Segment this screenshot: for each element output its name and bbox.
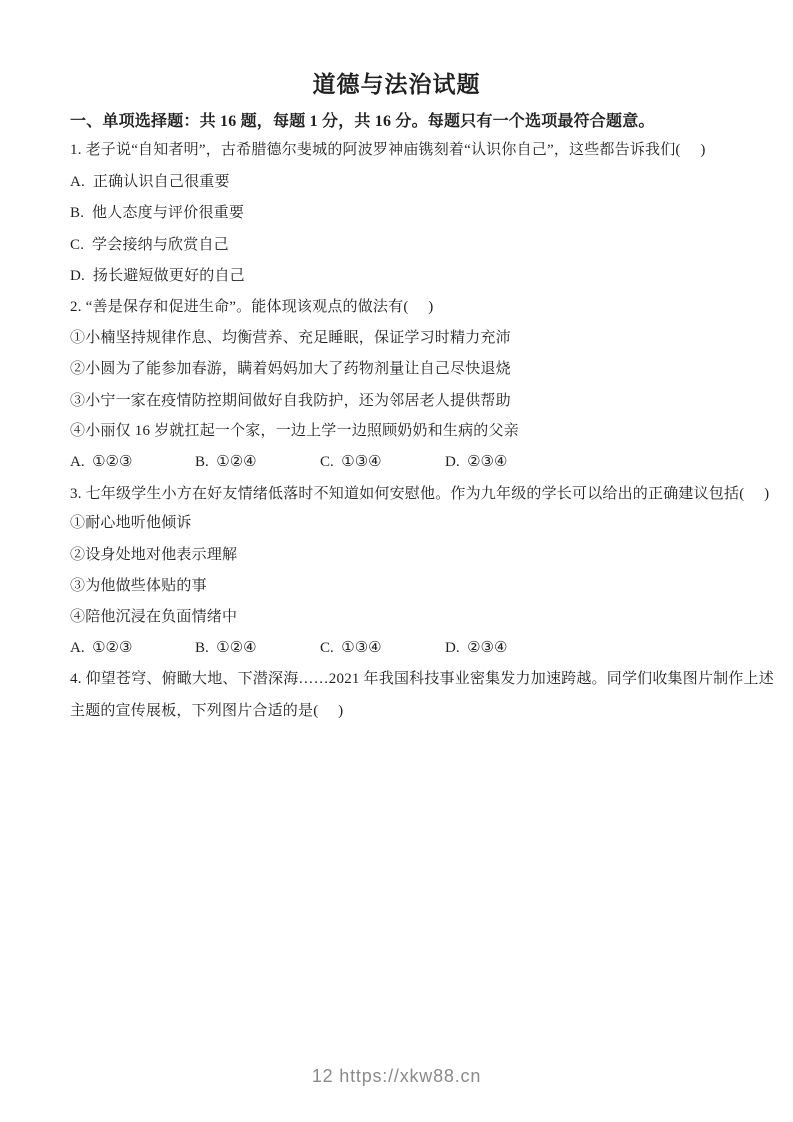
question-4-stem-line-2: 主题的宣传展板，下列图片合适的是( )	[70, 702, 343, 720]
question-2-item-3: ③小宁一家在疫情防控期间做好自我防护，还为邻居老人提供帮助	[70, 392, 511, 410]
question-3-item-4: ④陪他沉浸在负面情绪中	[70, 608, 237, 626]
question-2-stem: 2. “善是保存和促进生命”。能体现该观点的做法有( )	[70, 298, 433, 316]
question-3-option-c: C. ①③④	[320, 639, 445, 657]
question-3-option-d: D. ②③④	[445, 639, 570, 657]
question-2-option-d: D. ②③④	[445, 453, 570, 471]
section-header: 一、单项选择题：共 16 题，每题 1 分，共 16 分。每题只有一个选项最符合…	[70, 108, 655, 131]
question-3-option-a: A. ①②③	[70, 639, 195, 657]
question-3-item-1: ①耐心地听他倾诉	[70, 514, 192, 532]
question-4-stem-line-1: 4. 仰望苍穹、俯瞰大地、下潜深海……2021 年我国科技事业密集发力加速跨越。…	[70, 670, 774, 688]
question-3-option-b: B. ①②④	[195, 639, 320, 657]
footer-text: 12 https://xkw88.cn	[0, 1066, 793, 1087]
question-3-options-row: A. ①②③ B. ①②④ C. ①③④ D. ②③④	[70, 639, 570, 657]
question-2-options-row: A. ①②③ B. ①②④ C. ①③④ D. ②③④	[70, 453, 570, 471]
page-title: 道德与法治试题	[0, 66, 793, 99]
document-page: 道德与法治试题 一、单项选择题：共 16 题，每题 1 分，共 16 分。每题只…	[0, 0, 793, 1122]
question-1-option-c: C. 学会接纳与欣赏自己	[70, 236, 229, 254]
question-3-stem: 3. 七年级学生小方在好友情绪低落时不知道如何安慰他。作为九年级的学长可以给出的…	[70, 485, 769, 503]
question-2-item-4: ④小丽仅 16 岁就扛起一个家，一边上学一边照顾奶奶和生病的父亲	[70, 422, 519, 440]
question-2-option-a: A. ①②③	[70, 453, 195, 471]
question-2-item-1: ①小楠坚持规律作息、均衡营养、充足睡眠，保证学习时精力充沛	[70, 329, 511, 347]
question-1-stem: 1. 老子说“自知者明”，古希腊德尔斐城的阿波罗神庙镌刻着“认识你自己”，这些都…	[70, 141, 706, 159]
question-1-option-b: B. 他人态度与评价很重要	[70, 204, 244, 222]
question-1-option-d: D. 扬长避短做更好的自己	[70, 267, 245, 285]
question-3-item-3: ③为他做些体贴的事	[70, 577, 207, 595]
question-2-item-2: ②小圆为了能参加春游，瞒着妈妈加大了药物剂量让自己尽快退烧	[70, 360, 511, 378]
question-1-option-a: A. 正确认识自己很重要	[70, 173, 230, 191]
question-3-item-2: ②设身处地对他表示理解	[70, 546, 237, 564]
question-2-option-c: C. ①③④	[320, 453, 445, 471]
question-2-option-b: B. ①②④	[195, 453, 320, 471]
